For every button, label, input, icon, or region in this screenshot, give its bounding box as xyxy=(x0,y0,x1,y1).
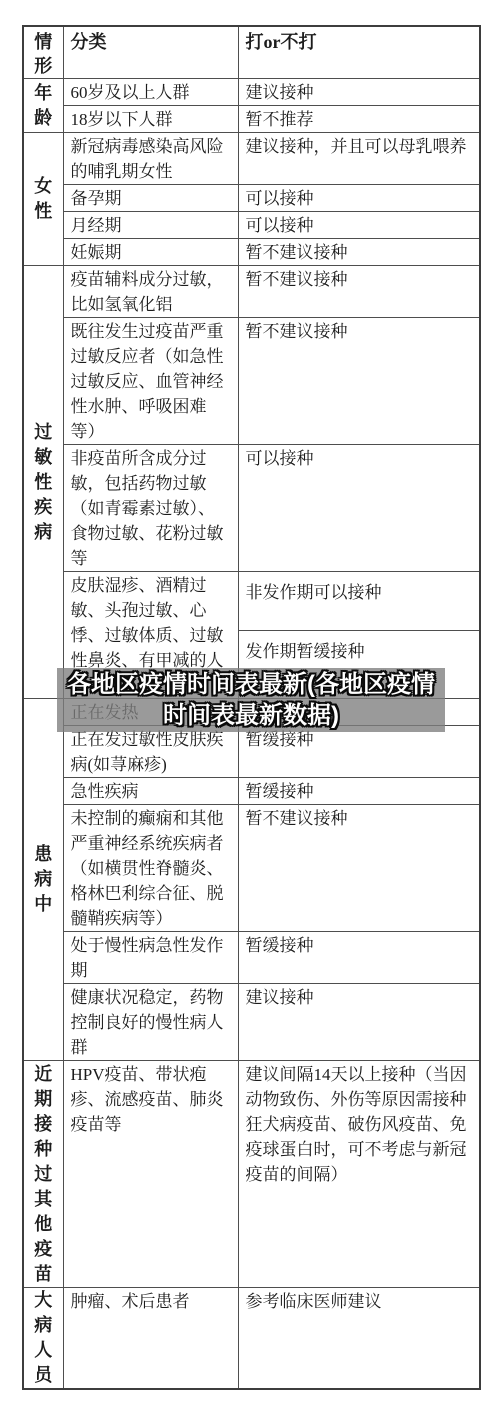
result-cell: 建议接种，并且可以母乳喂养 xyxy=(238,133,480,185)
table-row: 急性疾病 暂缓接种 xyxy=(23,778,480,805)
watermark-title: 各地区疫情时间表最新(各地区疫情时间表最新数据) xyxy=(57,669,445,731)
page: 情形 分类 打or不打 年龄 60岁及以上人群 建议接种 18岁以下人群 暂不推… xyxy=(0,0,500,1401)
situation-label-serious-illness: 大病人员 xyxy=(23,1288,63,1390)
table-row: 妊娠期 暂不建议接种 xyxy=(23,239,480,266)
category-cell: 健康状况稳定，药物控制良好的慢性病人群 xyxy=(63,984,238,1061)
category-cell: 处于慢性病急性发作期 xyxy=(63,932,238,984)
category-cell: 未控制的癫痫和其他严重神经系统疾病者（如横贯性脊髓炎、格林巴利综合征、脱髓鞘疾病… xyxy=(63,805,238,932)
situation-label-recent-vaccine: 近期接种过其他疫苗 xyxy=(23,1061,63,1288)
category-cell: HPV疫苗、带状疱疹、流感疫苗、肺炎疫苗等 xyxy=(63,1061,238,1288)
result-cell-non-flare: 非发作期可以接种 xyxy=(238,572,480,631)
result-cell: 可以接种 xyxy=(238,212,480,239)
result-cell: 暂不推荐 xyxy=(238,106,480,133)
result-cell: 暂缓接种 xyxy=(238,932,480,984)
header-category: 分类 xyxy=(63,26,238,79)
table-row: 正在发过敏性皮肤疾病(如荨麻疹) 暂缓接种 xyxy=(23,726,480,778)
result-cell: 暂不建议接种 xyxy=(238,805,480,932)
situation-label-women: 女性 xyxy=(23,133,63,266)
result-cell: 暂不建议接种 xyxy=(238,239,480,266)
category-cell: 肿瘤、术后患者 xyxy=(63,1288,238,1390)
situation-label-allergy: 过敏性疾病 xyxy=(23,266,63,699)
header-decision: 打or不打 xyxy=(238,26,480,79)
category-cell: 非疫苗所含成分过敏，包括药物过敏（如青霉素过敏）、食物过敏、花粉过敏等 xyxy=(63,445,238,572)
situation-label-age: 年龄 xyxy=(23,79,63,133)
table-row: 皮肤湿疹、酒精过敏、头孢过敏、心悸、过敏体质、过敏性鼻炎、有甲减的人员 非发作期… xyxy=(23,572,480,631)
table-row: 18岁以下人群 暂不推荐 xyxy=(23,106,480,133)
result-cell: 可以接种 xyxy=(238,185,480,212)
result-cell: 参考临床医师建议 xyxy=(238,1288,480,1390)
result-cell: 暂缓接种 xyxy=(238,726,480,778)
table-row: 月经期 可以接种 xyxy=(23,212,480,239)
table-row: 健康状况稳定，药物控制良好的慢性病人群 建议接种 xyxy=(23,984,480,1061)
table-header-row: 情形 分类 打or不打 xyxy=(23,26,480,79)
result-cell: 建议间隔14天以上接种（当因动物致伤、外伤等原因需接种狂犬病疫苗、破伤风疫苗、免… xyxy=(238,1061,480,1288)
result-cell: 暂不建议接种 xyxy=(238,266,480,318)
category-cell: 60岁及以上人群 xyxy=(63,79,238,106)
category-cell: 新冠病毒感染高风险的哺乳期女性 xyxy=(63,133,238,185)
table-row: 备孕期 可以接种 xyxy=(23,185,480,212)
table-row: 非疫苗所含成分过敏，包括药物过敏（如青霉素过敏）、食物过敏、花粉过敏等 可以接种 xyxy=(23,445,480,572)
table-row: 未控制的癫痫和其他严重神经系统疾病者（如横贯性脊髓炎、格林巴利综合征、脱髓鞘疾病… xyxy=(23,805,480,932)
result-cell: 暂缓接种 xyxy=(238,778,480,805)
category-cell: 18岁以下人群 xyxy=(63,106,238,133)
table-row: 女性 新冠病毒感染高风险的哺乳期女性 建议接种，并且可以母乳喂养 xyxy=(23,133,480,185)
table-row: 既往发生过疫苗严重过敏反应者（如急性过敏反应、血管神经性水肿、呼吸困难等） 暂不… xyxy=(23,318,480,445)
result-cell: 暂不建议接种 xyxy=(238,318,480,445)
table-row: 处于慢性病急性发作期 暂缓接种 xyxy=(23,932,480,984)
result-cell: 建议接种 xyxy=(238,984,480,1061)
category-cell: 疫苗辅料成分过敏，比如氢氧化铝 xyxy=(63,266,238,318)
category-cell: 正在发过敏性皮肤疾病(如荨麻疹) xyxy=(63,726,238,778)
result-cell: 可以接种 xyxy=(238,445,480,572)
category-cell: 备孕期 xyxy=(63,185,238,212)
category-cell: 既往发生过疫苗严重过敏反应者（如急性过敏反应、血管神经性水肿、呼吸困难等） xyxy=(63,318,238,445)
result-cell: 建议接种 xyxy=(238,79,480,106)
situation-label-illness: 患病中 xyxy=(23,699,63,1061)
watermark-overlay: 各地区疫情时间表最新(各地区疫情时间表最新数据) xyxy=(57,668,445,732)
header-situation: 情形 xyxy=(23,26,63,79)
table-row: 大病人员 肿瘤、术后患者 参考临床医师建议 xyxy=(23,1288,480,1390)
category-cell: 急性疾病 xyxy=(63,778,238,805)
category-cell: 月经期 xyxy=(63,212,238,239)
category-cell: 妊娠期 xyxy=(63,239,238,266)
table-row: 过敏性疾病 疫苗辅料成分过敏，比如氢氧化铝 暂不建议接种 xyxy=(23,266,480,318)
table-row: 年龄 60岁及以上人群 建议接种 xyxy=(23,79,480,106)
table-row: 近期接种过其他疫苗 HPV疫苗、带状疱疹、流感疫苗、肺炎疫苗等 建议间隔14天以… xyxy=(23,1061,480,1288)
